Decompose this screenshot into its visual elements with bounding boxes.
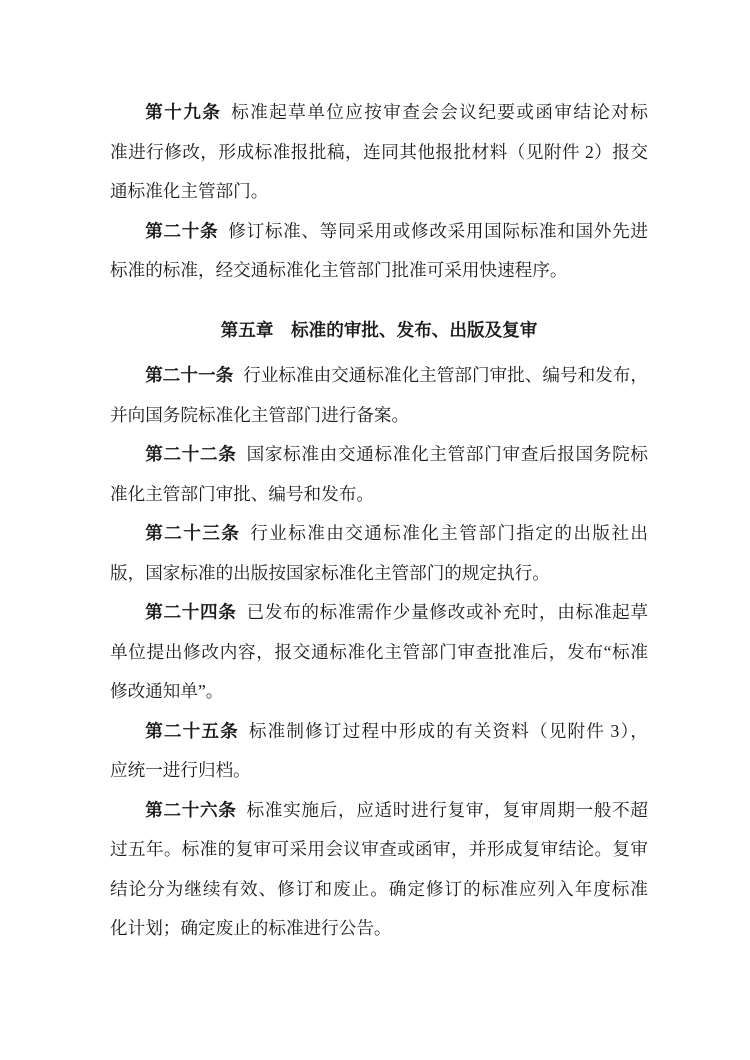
text-line: 第二十五条标准制修订过程中形成的有关资料（见附件 3）， (110, 712, 648, 752)
line-text: 修订标准、等同采用或修改采用国际标准和国外先进 (228, 221, 648, 241)
line-text: 已发布的标准需作少量修改或补充时，由标准起草 (247, 602, 648, 622)
text-line: 第二十六条标准实施后，应适时进行复审，复审周期一般不超 (110, 791, 648, 831)
text-line: 第二十三条行业标准由交通标准化主管部门指定的出版社出 (110, 514, 648, 554)
article-number: 第二十五条 (145, 721, 239, 741)
text-line: 第二十四条已发布的标准需作少量修改或补充时，由标准起草 (110, 593, 648, 633)
article-number: 第二十四条 (145, 602, 236, 622)
text-line: 标准的标准，经交通标准化主管部门批准可采用快速程序。 (110, 251, 648, 291)
article-22-paragraph: 第二十二条国家标准由交通标准化主管部门审查后报国务院标 准化主管部门审批、编号和… (110, 435, 648, 514)
article-21-paragraph: 第二十一条行业标准由交通标准化主管部门审批、编号和发布， 并向国务院标准化主管部… (110, 356, 648, 435)
article-26-paragraph: 第二十六条标准实施后，应适时进行复审，复审周期一般不超 过五年。标准的复审可采用… (110, 791, 648, 949)
text-line: 单位提出修改内容，报交通标准化主管部门审查批准后，发布“标准 (110, 633, 648, 673)
text-line: 化计划；确定废止的标准进行公告。 (110, 909, 648, 949)
article-number: 第二十二条 (145, 444, 236, 464)
text-line: 准化主管部门审批、编号和发布。 (110, 475, 648, 515)
chapter-heading: 第五章标准的审批、发布、出版及复审 (110, 311, 648, 351)
text-line: 准进行修改，形成标准报批稿，连同其他报批材料（见附件 2）报交 (110, 133, 648, 173)
line-text: 行业标准由交通标准化主管部门指定的出版社出 (250, 523, 648, 543)
text-line: 结论分为继续有效、修订和废止。确定修订的标准应列入年度标准 (110, 870, 648, 910)
article-number: 第二十条 (145, 221, 218, 241)
text-line: 过五年。标准的复审可采用会议审查或函审，并形成复审结论。复审 (110, 830, 648, 870)
article-24-paragraph: 第二十四条已发布的标准需作少量修改或补充时，由标准起草 单位提出修改内容，报交通… (110, 593, 648, 712)
document-text-column: 第十九条标准起草单位应按审查会会议纪要或函审结论对标 准进行修改，形成标准报批稿… (110, 93, 648, 949)
article-25-paragraph: 第二十五条标准制修订过程中形成的有关资料（见附件 3）， 应统一进行归档。 (110, 712, 648, 791)
text-line: 第二十条修订标准、等同采用或修改采用国际标准和国外先进 (110, 212, 648, 252)
article-number: 第二十六条 (145, 800, 236, 820)
article-20-paragraph: 第二十条修订标准、等同采用或修改采用国际标准和国外先进 标准的标准，经交通标准化… (110, 212, 648, 291)
text-line: 应统一进行归档。 (110, 751, 648, 791)
line-text: 标准制修订过程中形成的有关资料（见附件 3）， (249, 721, 648, 741)
chapter-number: 第五章 (221, 320, 274, 340)
text-line: 第二十二条国家标准由交通标准化主管部门审查后报国务院标 (110, 435, 648, 475)
article-23-paragraph: 第二十三条行业标准由交通标准化主管部门指定的出版社出 版，国家标准的出版按国家标… (110, 514, 648, 593)
text-line: 版，国家标准的出版按国家标准化主管部门的规定执行。 (110, 554, 648, 594)
line-text: 标准实施后，应适时进行复审，复审周期一般不超 (247, 800, 648, 820)
article-number: 第二十一条 (145, 365, 233, 385)
line-text: 国家标准由交通标准化主管部门审查后报国务院标 (247, 444, 648, 464)
text-line: 第二十一条行业标准由交通标准化主管部门审批、编号和发布， (110, 356, 648, 396)
line-text: 标准起草单位应按审查会会议纪要或函审结论对标 (231, 102, 648, 122)
article-number: 第十九条 (145, 102, 221, 122)
text-line: 修改通知单”。 (110, 672, 648, 712)
text-line: 通标准化主管部门。 (110, 172, 648, 212)
line-text: 行业标准由交通标准化主管部门审批、编号和发布， (243, 365, 648, 385)
text-line: 第十九条标准起草单位应按审查会会议纪要或函审结论对标 (110, 93, 648, 133)
chapter-title: 标准的审批、发布、出版及复审 (291, 320, 537, 340)
article-19-paragraph: 第十九条标准起草单位应按审查会会议纪要或函审结论对标 准进行修改，形成标准报批稿… (110, 93, 648, 212)
article-number: 第二十三条 (145, 523, 240, 543)
text-line: 并向国务院标准化主管部门进行备案。 (110, 396, 648, 436)
document-page: 第十九条标准起草单位应按审查会会议纪要或函审结论对标 准进行修改，形成标准报批稿… (0, 0, 750, 1060)
